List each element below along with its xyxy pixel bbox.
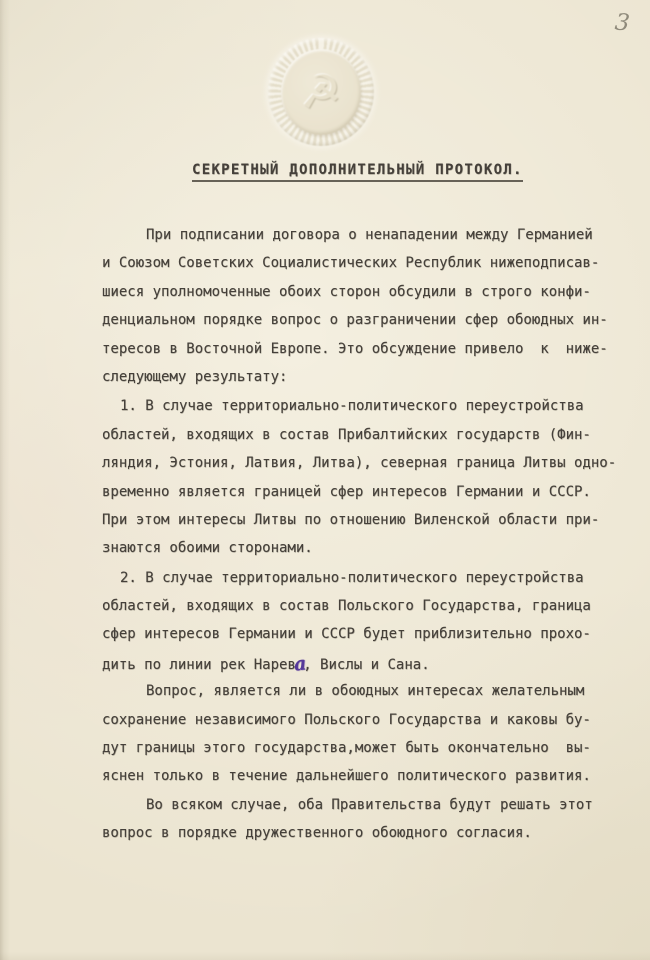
typewritten-text: дить по линии рек Нарев — [102, 657, 296, 673]
text-line: тересов в Восточной Европе. Это обсужден… — [102, 335, 622, 363]
text-line: Вопрос, является ли в обоюдных интересах… — [102, 677, 622, 705]
document-title: СЕКРЕТНЫЙ ДОПОЛНИТЕЛЬНЫЙ ПРОТОКОЛ. — [192, 162, 523, 182]
document-body: СЕКРЕТНЫЙ ДОПОЛНИТЕЛЬНЫЙ ПРОТОКОЛ. При п… — [102, 0, 622, 848]
text-line: 1. В случае территориально-политического… — [102, 392, 622, 420]
text-line: областей, входящих в состав Прибалтийски… — [102, 421, 622, 449]
paragraph-question: Вопрос, является ли в обоюдных интересах… — [102, 677, 622, 791]
paragraph-item-2: 2. В случае территориально-политического… — [102, 564, 622, 678]
text-line: При подписании договора о ненападении ме… — [102, 221, 622, 249]
text-line: ляндия, Эстония, Латвия, Литва), северна… — [102, 449, 622, 477]
text-line: и Союзом Советских Социалистических Респ… — [102, 249, 622, 277]
text-line: временно является границей сфер интересо… — [102, 478, 622, 506]
document-page: 3 ☭ СЕКРЕТНЫЙ ДОПОЛНИТЕЛЬНЫЙ ПРОТОКОЛ. П… — [0, 0, 650, 960]
text-line: вопрос в порядке дружественного обоюдног… — [102, 819, 622, 847]
text-line: 2. В случае территориально-политического… — [102, 564, 622, 592]
text-line: областей, входящих в состав Польского Го… — [102, 592, 622, 620]
text-line: яснен только в течение дальнейшего полит… — [102, 762, 622, 790]
text-line: знаются обоими сторонами. — [102, 534, 622, 562]
text-line: При этом интересы Литвы по отношению Вил… — [102, 506, 622, 534]
paragraph-closing: Во всяком случае, оба Правительства буду… — [102, 791, 622, 848]
handwritten-letter-correction: а — [292, 649, 307, 679]
text-line: денциальном порядке вопрос о разграничен… — [102, 306, 622, 334]
text-line: сохранение независимого Польского Госуда… — [102, 706, 622, 734]
typewritten-text: , Вислы и Сана. — [303, 657, 429, 673]
text-line: шиеся уполномоченные обоих сторон обсуди… — [102, 278, 622, 306]
text-line: дут границы этого государства,может быть… — [102, 734, 622, 762]
paragraph-item-1: 1. В случае территориально-политического… — [102, 392, 622, 562]
text-line: сфер интересов Германии и СССР будет при… — [102, 620, 622, 648]
text-line-with-correction: дить по линии рек Нарева, Вислы и Сана. — [102, 649, 622, 677]
text-line: Во всяком случае, оба Правительства буду… — [102, 791, 622, 819]
paragraph-intro: При подписании договора о ненападении ме… — [102, 221, 622, 391]
text-line: следующему результату: — [102, 363, 622, 391]
